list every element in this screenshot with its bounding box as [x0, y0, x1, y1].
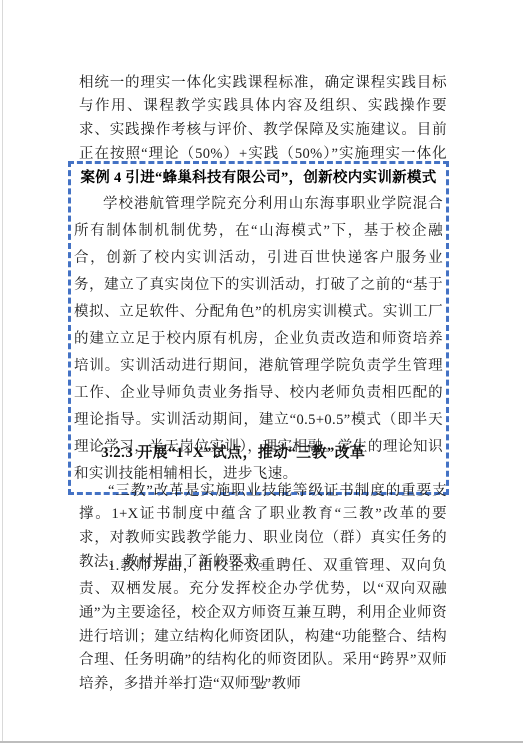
section-heading-3-2-3: 3.2.3 开展“1+X”试点，推动“三教”改革: [79, 441, 447, 465]
case-study-title: 案例 4 引进“蜂巢科技有限公司”，创新校内实训新模式: [74, 166, 443, 191]
body-paragraph-3: 1.教师方面，由校企双重聘任、双重管理、双向负责、双栖发展。充分发挥校企办学优势…: [79, 555, 447, 697]
page-number: 22: [0, 681, 523, 691]
page-edge-left-divider: [2, 0, 3, 743]
document-page: 相统一的理实一体化实践课程标准，确定课程实践目标与作用、课程教学实践具体内容及组…: [0, 0, 523, 743]
